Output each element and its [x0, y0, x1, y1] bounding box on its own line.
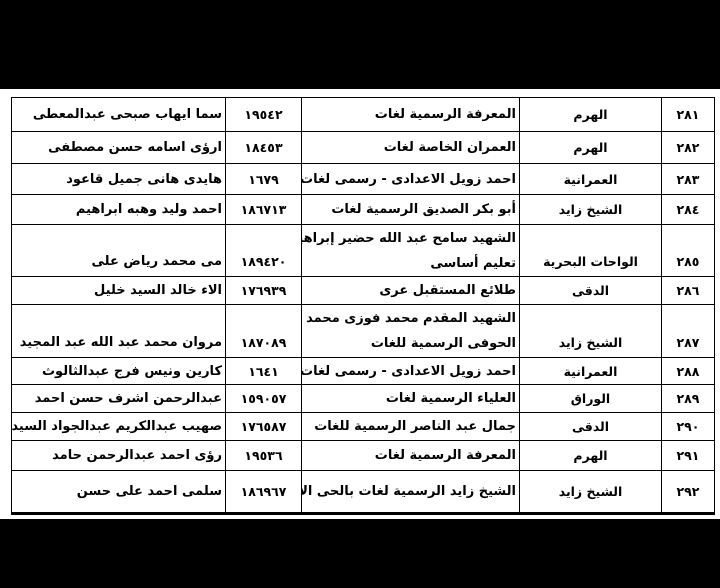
name-cell: سما ايهاب صبحى عبدالمعطى — [12, 98, 226, 132]
school-name-line: الشهيد المقدم محمد فوزى محمد — [305, 306, 516, 331]
district-cell: الوراق — [520, 385, 662, 413]
letterbox-bar-top — [0, 0, 720, 89]
table-row: ٢٨٩الوراقالعلياء الرسمية لغات١٥٩٠٥٧عبدال… — [12, 385, 715, 413]
seat-cell: ١٨٦٩٦٧ — [226, 471, 302, 514]
school-name-line: المعرفة الرسمية لغات — [305, 443, 516, 468]
school-name-line: الحوفى الرسمية للغات — [305, 331, 516, 356]
seat-cell: ١٩٥٤٢ — [226, 98, 302, 132]
school-name-line: طلائع المستقبل عرى — [305, 278, 516, 303]
school-name-line: العمران الخاصة لغات — [305, 135, 516, 160]
school-name-line: أبو بكر الصديق الرسمية لغات — [305, 197, 516, 222]
school-cell: العلياء الرسمية لغات — [302, 385, 520, 413]
seat-cell: ١٦٤١ — [226, 358, 302, 385]
table-row: ٢٨٤الشيخ زايدأبو بكر الصديق الرسمية لغات… — [12, 195, 715, 225]
name-cell: مروان محمد عبد الله عبد المجيد — [12, 305, 226, 358]
serial-cell: ٢٨٧ — [662, 305, 715, 358]
name-cell: احمد وليد وهبه ابراهيم — [12, 195, 226, 225]
school-cell: العمران الخاصة لغات — [302, 132, 520, 164]
district-cell: الهرم — [520, 441, 662, 471]
school-cell: احمد زويل الاعدادى - رسمى لغات — [302, 358, 520, 385]
seat-cell: ١٨٧٠٨٩ — [226, 305, 302, 358]
exam-roster-table: ٢٨١الهرمالمعرفة الرسمية لغات١٩٥٤٢سما ايه… — [11, 97, 715, 515]
table-row: ٢٩١الهرمالمعرفة الرسمية لغات١٩٥٣٦رؤى احم… — [12, 441, 715, 471]
district-cell: الواحات البحرية — [520, 225, 662, 277]
name-cell: الاء خالد السيد خليل — [12, 277, 226, 305]
district-cell: الهرم — [520, 98, 662, 132]
name-cell: مى محمد رياض على — [12, 225, 226, 277]
seat-cell: ١٨٤٥٣ — [226, 132, 302, 164]
school-cell: الشهيد سامح عبد الله حضير إبراهيمتعليم أ… — [302, 225, 520, 277]
serial-cell: ٢٨١ — [662, 98, 715, 132]
district-cell: العمرانية — [520, 164, 662, 195]
district-cell: الدقى — [520, 277, 662, 305]
table-row: ٢٩٢الشيخ زايدالشيخ زايد الرسمية لغات بال… — [12, 471, 715, 514]
school-name-line: تعليم أساسى — [305, 251, 516, 276]
serial-cell: ٢٨٦ — [662, 277, 715, 305]
serial-cell: ٢٩١ — [662, 441, 715, 471]
table-row: ٢٩٠الدقىجمال عبد الناصر الرسمية للغات١٧٦… — [12, 413, 715, 441]
serial-cell: ٢٨٩ — [662, 385, 715, 413]
school-name-line: الشهيد سامح عبد الله حضير إبراهيم — [305, 226, 516, 251]
serial-cell: ٢٨٣ — [662, 164, 715, 195]
school-cell: الشهيد المقدم محمد فوزى محمدالحوفى الرسم… — [302, 305, 520, 358]
name-cell: عبدالرحمن اشرف حسن احمد — [12, 385, 226, 413]
school-cell: الشيخ زايد الرسمية لغات بالحى الأول — [302, 471, 520, 514]
school-cell: جمال عبد الناصر الرسمية للغات — [302, 413, 520, 441]
seat-cell: ١٧٦٩٣٩ — [226, 277, 302, 305]
serial-cell: ٢٨٢ — [662, 132, 715, 164]
district-cell: الدقى — [520, 413, 662, 441]
school-name-line: الشيخ زايد الرسمية لغات بالحى الأول — [305, 479, 516, 504]
serial-cell: ٢٩٠ — [662, 413, 715, 441]
serial-cell: ٢٨٥ — [662, 225, 715, 277]
school-name-line: احمد زويل الاعدادى - رسمى لغات — [305, 359, 516, 384]
seat-cell: ١٧٦٥٨٧ — [226, 413, 302, 441]
table-row: ٢٨١الهرمالمعرفة الرسمية لغات١٩٥٤٢سما ايه… — [12, 98, 715, 132]
school-cell: المعرفة الرسمية لغات — [302, 98, 520, 132]
table-row: ٢٨٥الواحات البحريةالشهيد سامح عبد الله ح… — [12, 225, 715, 277]
name-cell: ارؤى اسامه حسن مصطفى — [12, 132, 226, 164]
table-row: ٢٨٢الهرمالعمران الخاصة لغات١٨٤٥٣ارؤى اسا… — [12, 132, 715, 164]
name-cell: كارين ونيس فرج عبدالثالوث — [12, 358, 226, 385]
district-cell: الشيخ زايد — [520, 195, 662, 225]
seat-cell: ١٨٩٤٢٠ — [226, 225, 302, 277]
district-cell: الهرم — [520, 132, 662, 164]
school-cell: المعرفة الرسمية لغات — [302, 441, 520, 471]
seat-cell: ١٦٧٩ — [226, 164, 302, 195]
seat-cell: ١٩٥٣٦ — [226, 441, 302, 471]
serial-cell: ٢٨٤ — [662, 195, 715, 225]
serial-cell: ٢٨٨ — [662, 358, 715, 385]
table-row: ٢٨٨العمرانيةاحمد زويل الاعدادى - رسمى لغ… — [12, 358, 715, 385]
table-row: ٢٨٦الدقىطلائع المستقبل عرى١٧٦٩٣٩الاء خال… — [12, 277, 715, 305]
district-cell: العمرانية — [520, 358, 662, 385]
school-cell: طلائع المستقبل عرى — [302, 277, 520, 305]
name-cell: رؤى احمد عبدالرحمن حامد — [12, 441, 226, 471]
school-name-line: احمد زويل الاعدادى - رسمى لغات — [305, 167, 516, 192]
table-row: ٢٨٣العمرانيةاحمد زويل الاعدادى - رسمى لغ… — [12, 164, 715, 195]
table-row: ٢٨٧الشيخ زايدالشهيد المقدم محمد فوزى محم… — [12, 305, 715, 358]
name-cell: هايدى هانى جميل قاعود — [12, 164, 226, 195]
scanned-page: ٢٨١الهرمالمعرفة الرسمية لغات١٩٥٤٢سما ايه… — [0, 0, 720, 588]
name-cell: سلمى احمد على حسن — [12, 471, 226, 514]
school-name-line: المعرفة الرسمية لغات — [305, 102, 516, 127]
district-cell: الشيخ زايد — [520, 471, 662, 514]
seat-cell: ١٥٩٠٥٧ — [226, 385, 302, 413]
school-cell: أبو بكر الصديق الرسمية لغات — [302, 195, 520, 225]
letterbox-bar-bottom — [0, 519, 720, 588]
district-cell: الشيخ زايد — [520, 305, 662, 358]
seat-cell: ١٨٦٧١٣ — [226, 195, 302, 225]
school-name-line: العلياء الرسمية لغات — [305, 386, 516, 411]
school-cell: احمد زويل الاعدادى - رسمى لغات — [302, 164, 520, 195]
serial-cell: ٢٩٢ — [662, 471, 715, 514]
name-cell: صهيب عبدالكريم عبدالجواد السيد — [12, 413, 226, 441]
school-name-line: جمال عبد الناصر الرسمية للغات — [305, 414, 516, 439]
